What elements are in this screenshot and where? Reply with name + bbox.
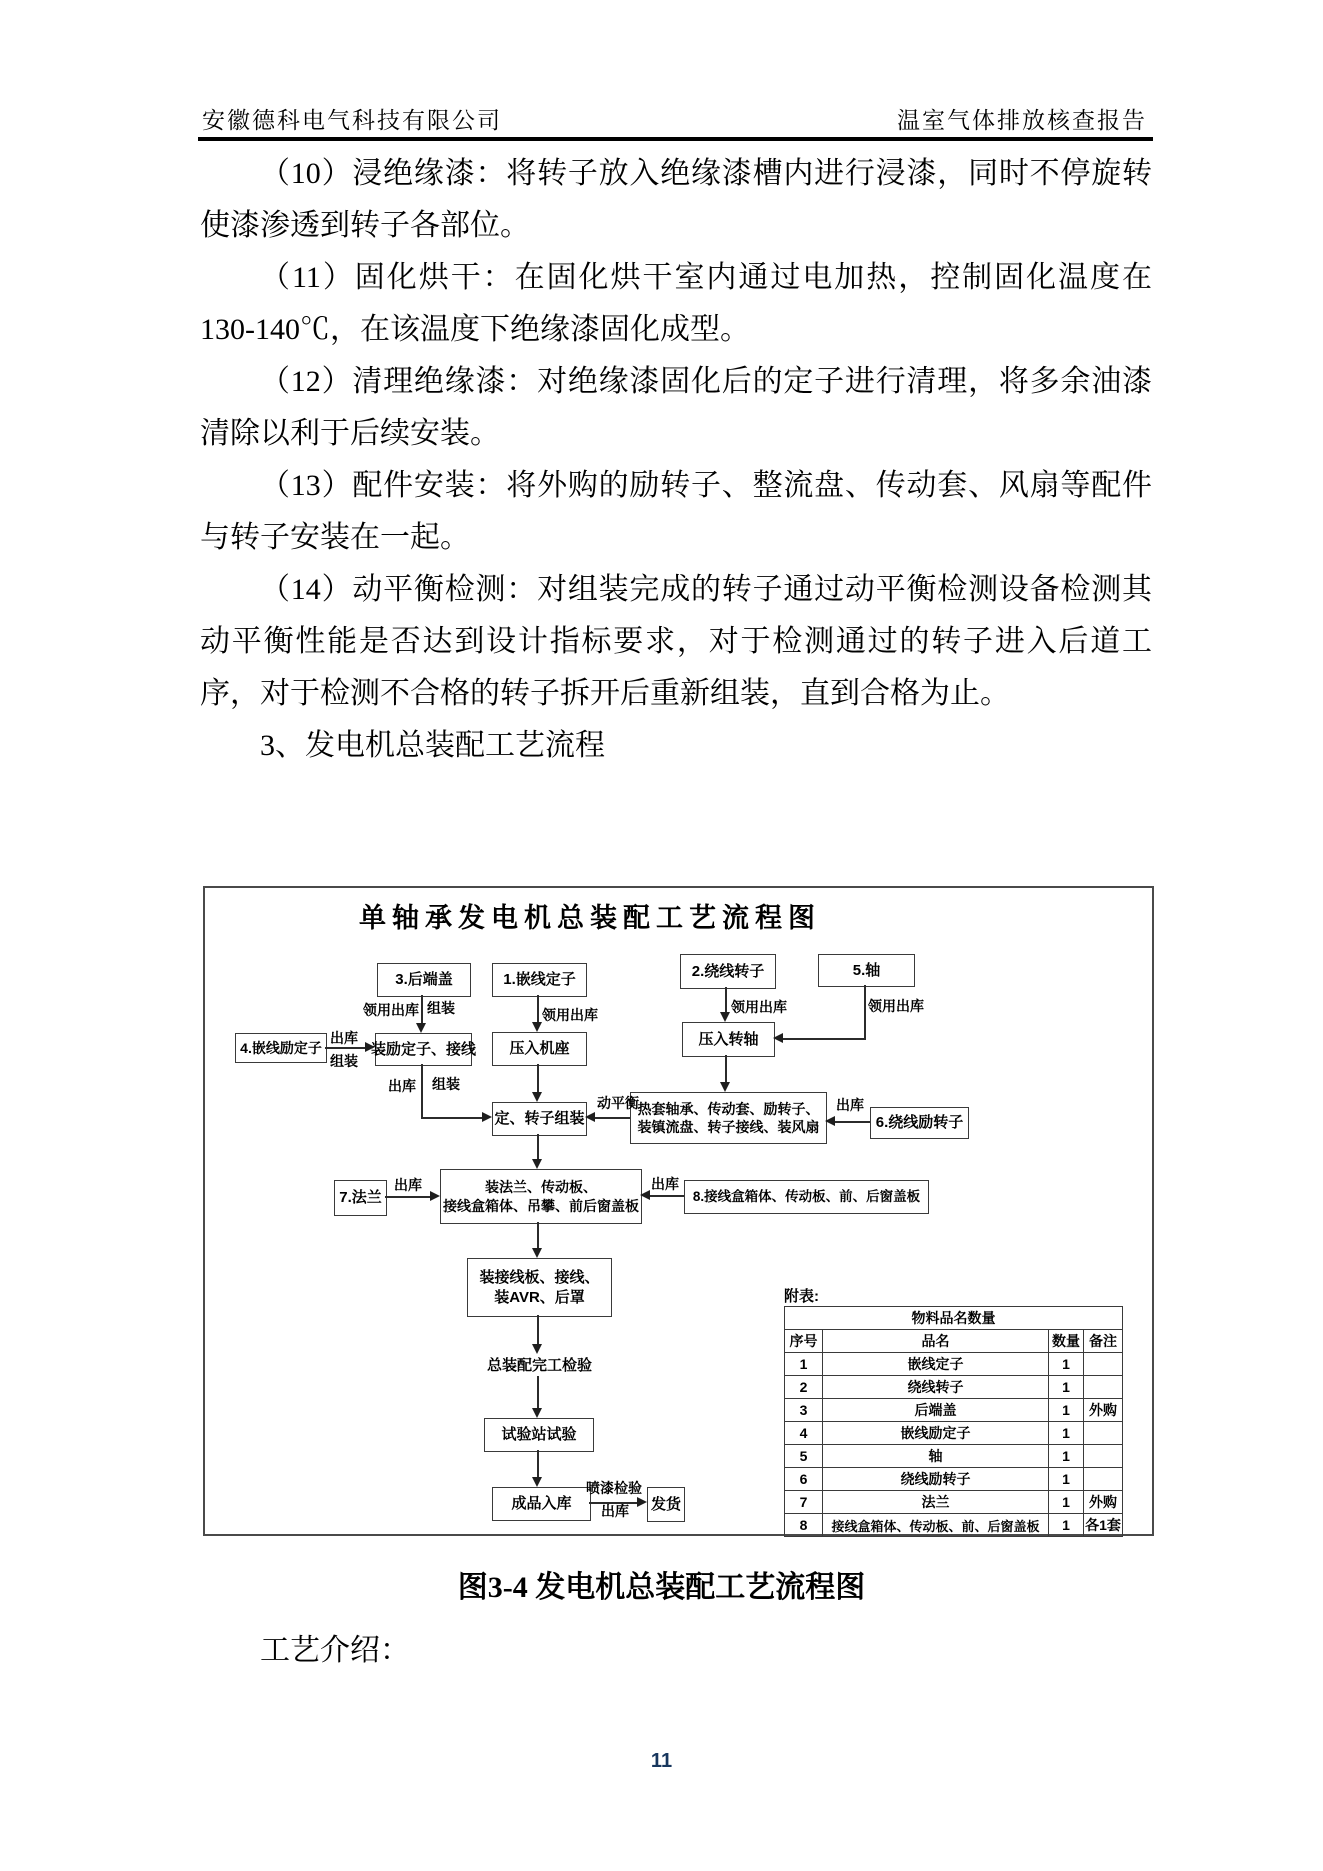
arrowhead-down-icon bbox=[532, 1248, 542, 1258]
attached-table-label: 附表: bbox=[784, 1285, 819, 1306]
header-company: 安徽德科电气科技有限公司 bbox=[202, 102, 502, 135]
node-rear-end-cover: 3.后端盖 bbox=[377, 963, 471, 997]
node-terminal-box-parts: 8.接线盒箱体、传动板、前、后窗盖板 bbox=[684, 1180, 929, 1214]
label-outbound-4: 出库 bbox=[394, 1175, 422, 1195]
cell-name: 绕线励转子 bbox=[823, 1468, 1049, 1491]
cell-remark bbox=[1084, 1445, 1123, 1468]
flowchart-figure: 单轴承发电机总装配工艺流程图 3.后端盖 1.嵌线定子 2.绕线转子 5.轴 4… bbox=[203, 886, 1154, 1536]
label-assemble-1: 组装 bbox=[427, 998, 455, 1018]
cell-name: 法兰 bbox=[823, 1491, 1049, 1514]
table-row: 3 后端盖 1 外购 bbox=[785, 1399, 1123, 1422]
connector-n5-left bbox=[783, 1038, 866, 1040]
body-text: （10）浸绝缘漆：将转子放入绝缘漆槽内进行浸漆，同时不停旋转使漆渗透到转子各部位… bbox=[200, 148, 1152, 772]
cell-quantity: 1 bbox=[1049, 1491, 1084, 1514]
label-outbound-6: 出库 bbox=[601, 1501, 629, 1521]
connector-test-down bbox=[537, 1450, 539, 1477]
connector-rotorstator-down bbox=[537, 1134, 539, 1159]
node-press-onto-shaft: 压入转轴 bbox=[682, 1022, 775, 1057]
connector-n3-down bbox=[421, 995, 423, 1023]
label-issue-from-store-4: 领用出库 bbox=[868, 996, 924, 1016]
node-install-terminal-board: 装接线板、接线、 装AVR、后罩 bbox=[467, 1258, 612, 1317]
node-install-terminal-line2: 装AVR、后罩 bbox=[494, 1288, 585, 1308]
node-wound-exciter-rotor: 6.绕线励转子 bbox=[870, 1107, 969, 1139]
label-outbound-5: 出库 bbox=[651, 1174, 679, 1194]
node-flange: 7.法兰 bbox=[334, 1180, 387, 1216]
section-heading-3: 3、发电机总装配工艺流程 bbox=[200, 720, 1152, 772]
cell-name: 轴 bbox=[823, 1445, 1049, 1468]
cell-quantity: 1 bbox=[1049, 1376, 1084, 1399]
cell-index: 3 bbox=[785, 1399, 823, 1422]
cell-remark: 外购 bbox=[1084, 1399, 1123, 1422]
arrowhead-left-icon bbox=[585, 1112, 595, 1122]
cell-quantity: 1 bbox=[1049, 1422, 1084, 1445]
label-issue-from-store-3: 领用出库 bbox=[731, 997, 787, 1017]
connector-n1-down bbox=[537, 995, 539, 1022]
node-assemble-exciter-stator: 装励定子、接线 bbox=[375, 1033, 472, 1066]
label-issue-from-store-2: 领用出库 bbox=[542, 1005, 598, 1025]
arrowhead-down-icon bbox=[532, 1408, 542, 1418]
cell-remark: 各1套 bbox=[1084, 1514, 1123, 1537]
cell-remark bbox=[1084, 1468, 1123, 1491]
connector-assemble-down bbox=[421, 1064, 423, 1118]
connector-terminal-down bbox=[537, 1315, 539, 1344]
table-row: 2 绕线转子 1 bbox=[785, 1376, 1123, 1399]
cell-quantity: 1 bbox=[1049, 1514, 1084, 1537]
connector-n2-down bbox=[725, 987, 727, 1012]
arrowhead-left-icon bbox=[640, 1190, 650, 1200]
arrowhead-right-icon bbox=[637, 1497, 647, 1507]
table-title: 物料品名数量 bbox=[785, 1307, 1123, 1330]
node-finished-goods-warehouse: 成品入库 bbox=[492, 1487, 591, 1521]
table-title-row: 物料品名数量 bbox=[785, 1307, 1123, 1330]
table-row: 1 嵌线定子 1 bbox=[785, 1353, 1123, 1376]
arrowhead-down-icon bbox=[720, 1082, 730, 1092]
cell-index: 7 bbox=[785, 1491, 823, 1514]
connector-n8-left bbox=[650, 1195, 684, 1197]
cell-quantity: 1 bbox=[1049, 1399, 1084, 1422]
node-shaft: 5.轴 bbox=[818, 954, 915, 987]
connector-n7-right bbox=[385, 1196, 432, 1198]
table-header-row: 序号 品名 数量 备注 bbox=[785, 1330, 1123, 1353]
paragraph-11: （11）固化烘干：在固化烘干室内通过电加热，控制固化温度在130-140℃，在该… bbox=[200, 252, 1152, 356]
label-outbound-1: 出库 bbox=[330, 1028, 358, 1048]
node-wound-stator: 1.嵌线定子 bbox=[492, 963, 587, 997]
paragraph-14: （14）动平衡检测：对组装完成的转子通过动平衡检测设备检测其动平衡性能是否达到设… bbox=[200, 564, 1152, 720]
paragraph-12: （12）清理绝缘漆：对绝缘漆固化后的定子进行清理，将多余油漆清除以利于后续安装。 bbox=[200, 356, 1152, 460]
figure-caption: 图3-4 发电机总装配工艺流程图 bbox=[0, 1562, 1323, 1606]
connector-warehouse-right bbox=[589, 1502, 639, 1504]
cell-remark bbox=[1084, 1376, 1123, 1399]
col-header-name: 品名 bbox=[823, 1330, 1049, 1353]
connector-hotfit-left bbox=[595, 1117, 630, 1119]
label-dynamic-balance: 动平衡 bbox=[597, 1093, 639, 1113]
cell-quantity: 1 bbox=[1049, 1353, 1084, 1376]
arrowhead-left-icon bbox=[825, 1116, 835, 1126]
cell-remark bbox=[1084, 1353, 1123, 1376]
col-header-remark: 备注 bbox=[1084, 1330, 1123, 1353]
connector-n6-left bbox=[835, 1121, 870, 1123]
node-final-inspection: 总装配完工检验 bbox=[472, 1354, 607, 1375]
connector-assemble-right bbox=[421, 1117, 484, 1119]
paragraph-10: （10）浸绝缘漆：将转子放入绝缘漆槽内进行浸漆，同时不停旋转使漆渗透到转子各部位… bbox=[200, 148, 1152, 252]
table-row: 4 嵌线励定子 1 bbox=[785, 1422, 1123, 1445]
arrowhead-right-icon bbox=[482, 1112, 492, 1122]
node-test-station: 试验站试验 bbox=[484, 1418, 594, 1452]
cell-index: 4 bbox=[785, 1422, 823, 1445]
node-install-flange-line2: 接线盒箱体、吊攀、前后窗盖板 bbox=[443, 1197, 639, 1215]
cell-index: 6 bbox=[785, 1468, 823, 1491]
paragraph-13: （13）配件安装：将外购的励转子、整流盘、传动套、风扇等配件与转子安装在一起。 bbox=[200, 460, 1152, 564]
arrowhead-left-icon bbox=[773, 1033, 783, 1043]
cell-remark: 外购 bbox=[1084, 1491, 1123, 1514]
cell-index: 2 bbox=[785, 1376, 823, 1399]
table-row: 8 接线盒箱体、传动板、前、后窗盖板 1 各1套 bbox=[785, 1514, 1123, 1537]
node-install-terminal-line1: 装接线板、接线、 bbox=[479, 1268, 599, 1288]
arrowhead-down-icon bbox=[532, 1092, 542, 1102]
cell-index: 8 bbox=[785, 1514, 823, 1537]
cell-quantity: 1 bbox=[1049, 1468, 1084, 1491]
process-intro-label: 工艺介绍： bbox=[200, 1625, 1152, 1669]
connector-pressshaft-down bbox=[725, 1055, 727, 1082]
label-assemble-3: 组装 bbox=[432, 1074, 460, 1094]
node-hot-fit-bearing: 热套轴承、传动套、励转子、 装镇流盘、转子接线、装风扇 bbox=[630, 1092, 827, 1144]
connector-inspection-down bbox=[537, 1376, 539, 1408]
connector-pressframe-down bbox=[537, 1064, 539, 1092]
cell-name: 绕线转子 bbox=[823, 1376, 1049, 1399]
arrowhead-down-icon bbox=[532, 1022, 542, 1032]
page-number: 11 bbox=[0, 1750, 1323, 1773]
arrowhead-right-icon bbox=[365, 1042, 375, 1052]
node-hot-fit-line1: 热套轴承、传动套、励转子、 bbox=[638, 1100, 820, 1118]
cell-index: 1 bbox=[785, 1353, 823, 1376]
table-row: 5 轴 1 bbox=[785, 1445, 1123, 1468]
label-outbound-3: 出库 bbox=[836, 1095, 864, 1115]
node-exciter-stator: 4.嵌线励定子 bbox=[235, 1033, 327, 1063]
materials-table: 物料品名数量 序号 品名 数量 备注 1 嵌线定子 1 2 绕线转子 1 3 bbox=[784, 1306, 1123, 1537]
cell-name: 嵌线励定子 bbox=[823, 1422, 1049, 1445]
node-ship: 发货 bbox=[647, 1487, 685, 1522]
cell-name: 后端盖 bbox=[823, 1399, 1049, 1422]
arrowhead-right-icon bbox=[430, 1191, 440, 1201]
arrowhead-down-icon bbox=[532, 1344, 542, 1354]
label-paint-inspection: 喷漆检验 bbox=[586, 1478, 642, 1498]
label-assemble-2: 组装 bbox=[330, 1051, 358, 1071]
cell-index: 5 bbox=[785, 1445, 823, 1468]
header-rule bbox=[198, 137, 1153, 141]
col-header-index: 序号 bbox=[785, 1330, 823, 1353]
cell-remark bbox=[1084, 1422, 1123, 1445]
table-row: 6 绕线励转子 1 bbox=[785, 1468, 1123, 1491]
node-hot-fit-line2: 装镇流盘、转子接线、装风扇 bbox=[638, 1118, 820, 1136]
label-issue-from-store-1: 领用出库 bbox=[363, 1000, 419, 1020]
connector-n5-down bbox=[864, 985, 866, 1039]
cell-name: 嵌线定子 bbox=[823, 1353, 1049, 1376]
cell-name: 接线盒箱体、传动板、前、后窗盖板 bbox=[823, 1514, 1049, 1537]
col-header-quantity: 数量 bbox=[1049, 1330, 1084, 1353]
arrowhead-down-icon bbox=[532, 1159, 542, 1169]
label-outbound-2: 出库 bbox=[388, 1076, 416, 1096]
header-report-title: 温室气体排放核查报告 bbox=[897, 102, 1147, 135]
arrowhead-down-icon bbox=[416, 1023, 426, 1033]
node-install-flange: 装法兰、传动板、 接线盒箱体、吊攀、前后窗盖板 bbox=[440, 1169, 642, 1224]
arrowhead-down-icon bbox=[532, 1477, 542, 1487]
flowchart-title: 单轴承发电机总装配工艺流程图 bbox=[205, 896, 975, 935]
connector-n4-right bbox=[325, 1047, 367, 1049]
node-rotor-stator-assembly: 定、转子组装 bbox=[492, 1102, 587, 1136]
arrowhead-down-icon bbox=[720, 1012, 730, 1022]
cell-quantity: 1 bbox=[1049, 1445, 1084, 1468]
document-page: 安徽德科电气科技有限公司 温室气体排放核查报告 （10）浸绝缘漆：将转子放入绝缘… bbox=[0, 0, 1323, 1871]
node-press-into-frame: 压入机座 bbox=[492, 1032, 587, 1066]
table-row: 7 法兰 1 外购 bbox=[785, 1491, 1123, 1514]
node-wound-rotor: 2.绕线转子 bbox=[680, 954, 776, 989]
node-install-flange-line1: 装法兰、传动板、 bbox=[485, 1178, 597, 1196]
connector-flange-down bbox=[537, 1222, 539, 1248]
